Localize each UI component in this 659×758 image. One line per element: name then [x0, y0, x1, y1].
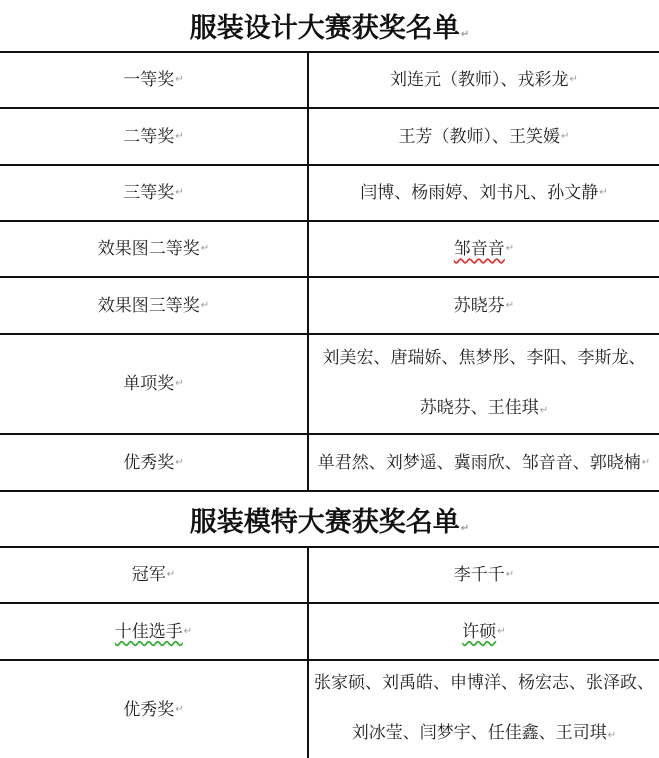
paragraph-mark-icon: ↵ — [506, 281, 514, 331]
award-cell: 单项奖↵ — [0, 335, 307, 433]
winners-cell: 李千千↵ — [309, 548, 659, 602]
paragraph-mark-icon: ↵ — [461, 523, 469, 534]
model-contest-title: 服装模特大赛获奖名单↵ — [0, 500, 659, 539]
paragraph-mark-icon: ↵ — [497, 607, 505, 657]
winners-cell: 张家硕、刘禹皓、申博洋、杨宏志、张泽政、 刘冰莹、闫梦宇、任佳鑫、王司琪↵ — [309, 661, 659, 758]
award-cell: 三等奖↵ — [0, 166, 307, 220]
paragraph-mark-icon: ↵ — [461, 29, 469, 40]
winners-line: 苏晓芬、王佳琪 — [420, 398, 539, 418]
winners-cell: 刘美宏、唐瑞娇、焦梦彤、李阳、李斯龙、 苏晓芬、王佳琪↵ — [309, 335, 659, 433]
paragraph-mark-icon: ↵ — [561, 112, 569, 162]
winners-cell: 邹音音↵ — [309, 222, 659, 276]
winners-line: 张家硕、刘禹皓、申博洋、杨宏志、张泽政、 — [314, 658, 654, 708]
paragraph-mark-icon: ↵ — [540, 405, 548, 416]
paragraph-mark-icon: ↵ — [175, 55, 183, 105]
award-cell: 效果图三等奖↵ — [0, 278, 307, 333]
paragraph-mark-icon: ↵ — [175, 359, 183, 409]
paragraph-mark-icon: ↵ — [599, 168, 607, 218]
award-cell: 十佳选手↵ — [0, 604, 307, 659]
winners-line: 刘美宏、唐瑞娇、焦梦彤、李阳、李斯龙、 — [323, 333, 646, 383]
winners-cell: 王芳（教师）、王笑媛↵ — [309, 109, 659, 164]
winners-cell: 闫博、杨雨婷、刘书凡、孙文静↵ — [309, 166, 659, 220]
winners-cell: 苏晓芬↵ — [309, 278, 659, 333]
paragraph-mark-icon: ↵ — [167, 550, 175, 600]
paragraph-mark-icon: ↵ — [201, 224, 209, 274]
award-cell: 效果图二等奖↵ — [0, 222, 307, 276]
winners-cell: 刘连元（教师）、戎彩龙↵ — [309, 53, 659, 107]
divider — [0, 490, 659, 492]
paragraph-mark-icon: ↵ — [175, 112, 183, 162]
paragraph-mark-icon: ↵ — [506, 550, 514, 600]
paragraph-mark-icon: ↵ — [608, 730, 616, 741]
award-cell: 优秀奖↵ — [0, 661, 307, 758]
winners-cell: 单君然、刘梦遥、冀雨欣、邹音音、郭晓楠↵ — [309, 435, 659, 490]
winners-cell: 许硕↵ — [309, 604, 659, 659]
paragraph-mark-icon: ↵ — [506, 224, 514, 274]
award-cell: 优秀奖↵ — [0, 435, 307, 490]
paragraph-mark-icon: ↵ — [175, 438, 183, 488]
paragraph-mark-icon: ↵ — [570, 55, 578, 105]
award-cell: 冠军↵ — [0, 548, 307, 602]
paragraph-mark-icon: ↵ — [201, 281, 209, 331]
paragraph-mark-icon: ↵ — [184, 607, 192, 657]
paragraph-mark-icon: ↵ — [175, 685, 183, 735]
model-title-text: 服装模特大赛获奖名单 — [190, 507, 460, 538]
award-cell: 二等奖↵ — [0, 109, 307, 164]
winners-line: 刘冰莹、闫梦宇、任佳鑫、王司琪 — [352, 723, 607, 743]
paragraph-mark-icon: ↵ — [175, 168, 183, 218]
paragraph-mark-icon: ↵ — [642, 438, 650, 488]
award-cell: 一等奖↵ — [0, 53, 307, 107]
design-contest-title: 服装设计大赛获奖名单↵ — [0, 6, 659, 45]
design-title-text: 服装设计大赛获奖名单 — [190, 13, 460, 44]
